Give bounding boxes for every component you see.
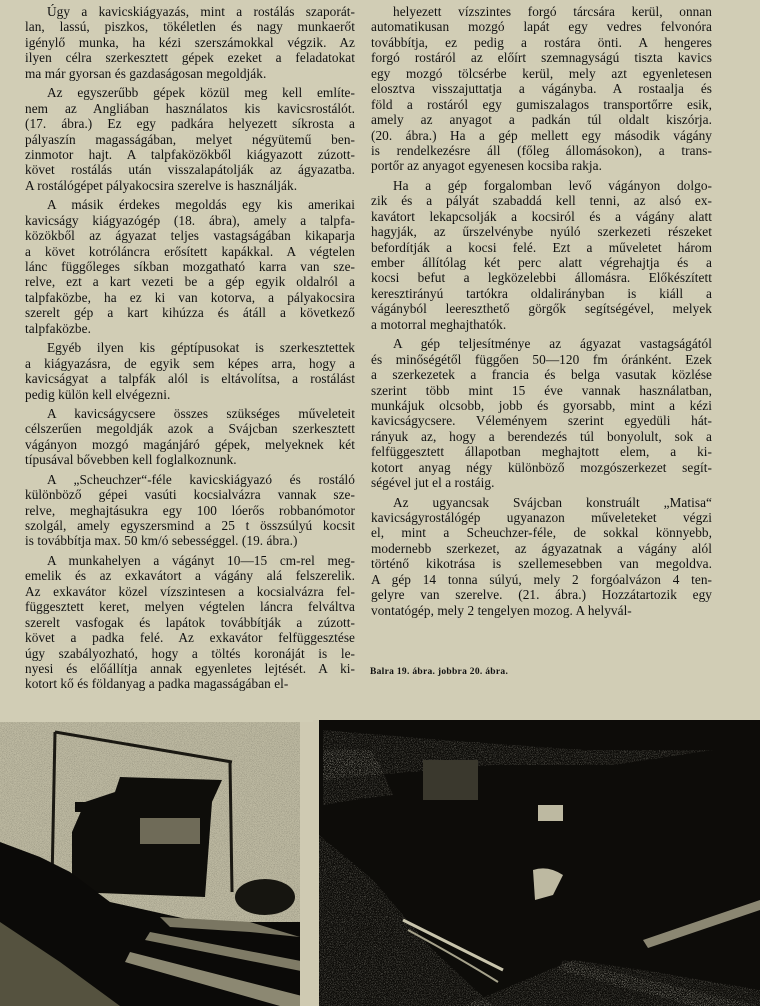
text-line: A kavicságycsere összes szükséges művele…	[25, 406, 355, 421]
text-line: szerint több mint 15 éve vannak használa…	[371, 383, 712, 398]
text-line: pályaszín magasságában, melyet négyütemű…	[25, 132, 355, 147]
text-line: nem az Angliában használatos kis kavicsr…	[25, 101, 355, 116]
text-line: nyesi és előállítja annak egyenletes lej…	[25, 661, 355, 676]
text-line: amely az anyagot a padkán túl oldalt kis…	[371, 112, 712, 127]
text-line: kavicságy kiágyazógép (18. ábra), amely …	[25, 213, 355, 228]
text-line: Ha a gép forgalomban levő vágányon dolgo…	[371, 178, 712, 193]
text-line: követ rostálás után visszalapátolják az …	[25, 162, 355, 177]
figure-20-photo	[313, 720, 760, 1006]
text-line: is továbbítja max. 50 km/ó sebességgel. …	[25, 533, 355, 548]
text-line: követ a padka felé. Az exkavátor felfügg…	[25, 630, 355, 645]
text-line: talpfaközbe.	[25, 321, 355, 336]
paragraph: Egyéb ilyen kis géptípusokat is szerkesz…	[25, 340, 355, 402]
text-line: automatikusan mozgó lapát egy vedres fel…	[371, 19, 712, 34]
paragraph: Ha a gép forgalomban levő vágányon dolgo…	[371, 178, 712, 332]
text-line: ember állítólag két perc alatt végrehajt…	[371, 255, 712, 270]
text-line: ségével jut el a rostáig.	[371, 475, 712, 490]
text-line: relve, ezt a kart vezeti be a gép egyik …	[25, 274, 355, 289]
text-line: történő kikotrása is szellemesebben van …	[371, 556, 712, 571]
paragraph: A „Scheuchzer“-féle kavicskiágyazó és ro…	[25, 472, 355, 549]
text-line: A gép teljesítménye az ágyazat vastagság…	[371, 336, 712, 351]
text-line: relve, meghajtásukra egy 100 lóerős robb…	[25, 503, 355, 518]
text-line: is rendelkezésre áll (főleg állomásokon)…	[371, 143, 712, 158]
text-line: a kiágyazásra, de egyik sem képes arra, …	[25, 356, 355, 371]
text-line: rányuk az, hogy a berendezés túl bonyolu…	[371, 429, 712, 444]
text-line: kotort kő és földanyag a padka magasságá…	[25, 676, 355, 691]
text-line: (17. ábra.) Ez egy padkára helyezett sík…	[25, 116, 355, 131]
text-line: célszerűen megoldják azok a Svájcban sze…	[25, 421, 355, 436]
text-line: vágányból leereszthető görgők segítségév…	[371, 301, 712, 316]
figure-caption: Balra 19. ábra. jobbra 20. ábra.	[370, 667, 508, 677]
text-line: kavicságyrostálógép ugyanazon műveleteke…	[371, 510, 712, 525]
text-line: különböző gépei vasúti kocsialvázra vann…	[25, 487, 355, 502]
text-line: felfüggesztett állapotban meghajtott ele…	[371, 444, 712, 459]
text-line: vágányon mozgó magánjáró gépek, melyekne…	[25, 437, 355, 452]
text-line: úgy szabályozható, hogy a töltés koronáj…	[25, 646, 355, 661]
text-line: portőr az anyagot egyenesen kocsiba rakj…	[371, 158, 712, 173]
text-line: Az ugyancsak Svájcban konstruált „Matisa…	[371, 495, 712, 510]
text-line: ma már gyorsan és gazdaságosan megoldják…	[25, 66, 355, 81]
text-line: A munkahelyen a vágányt 10—15 cm-rel meg…	[25, 553, 355, 568]
text-line: A másik érdekes megoldás egy kis amerika…	[25, 197, 355, 212]
text-line: vontatógép, mely 2 tengelyen mozog. A he…	[371, 603, 712, 618]
text-line: kavicságycsere. Véleményem szerint egyed…	[371, 413, 712, 428]
text-line: zinmotor hajt. A talpfaközökből kiágyazo…	[25, 147, 355, 162]
text-line: Egyéb ilyen kis géptípusokat is szerkesz…	[25, 340, 355, 355]
text-line: helyezett vízszintes forgó tárcsára kerü…	[371, 4, 712, 19]
text-line: forgó rostáról az előírt szemnagyságú ti…	[371, 50, 712, 65]
text-line: kavicságyat a talpfák alól is eltávolíts…	[25, 371, 355, 386]
paragraph: Az ugyancsak Svájcban konstruált „Matisa…	[371, 495, 712, 619]
text-line: munkájuk olcsobb, jobb és gyorsabb, mint…	[371, 398, 712, 413]
figure-separator	[306, 722, 313, 1006]
text-line: típusával bővebben kell foglalkoznunk.	[25, 452, 355, 467]
text-line: lánc függőleges síkban mozgatható karra …	[25, 259, 355, 274]
text-line: kavátort lekapcsolják a kocsiról és a vá…	[371, 209, 712, 224]
text-line: A „Scheuchzer“-féle kavicskiágyazó és ro…	[25, 472, 355, 487]
paragraph: Az egyszerűbb gépek közül meg kell említ…	[25, 85, 355, 193]
text-line: Az egyszerűbb gépek közül meg kell említ…	[25, 85, 355, 100]
text-line: függesztett keret, melyen végtelen láncr…	[25, 599, 355, 614]
text-line: (20. ábra.) Ha a gép mellett egy második…	[371, 128, 712, 143]
text-line: emelik és az exkavátort a vágány alá fel…	[25, 568, 355, 583]
text-line: továbbítja, ez pedig a rostára önti. A h…	[371, 35, 712, 50]
text-line: modernebb szerkezet, az ágyazatnak a vág…	[371, 541, 712, 556]
text-line: szerelt gép a kart kihúzza és átáll a kö…	[25, 305, 355, 320]
text-line: keresztirányú tartókra oldalirányban is …	[371, 286, 712, 301]
railway-screening-machine-image	[0, 722, 306, 1006]
text-line: a szerkezetek a francia és belga vasutak…	[371, 367, 712, 382]
text-line: A gép 14 tonna súlyú, mely 2 forgóalvázo…	[371, 572, 712, 587]
left-text-column: Úgy a kavicskiágyazás, mint a rostálás s…	[25, 4, 355, 692]
text-line: közökből az ágyazat teljes vastagságában…	[25, 228, 355, 243]
text-line: Az exkavátor közel vízszintesen a kocsia…	[25, 584, 355, 599]
text-line: zik és a pályát szabaddá kell tenni, az …	[371, 193, 712, 208]
text-line: talpfaközbe, ha ez ki van kotorva, a pál…	[25, 290, 355, 305]
text-line: ilyen célra szerkesztett gépek ezeket a …	[25, 50, 355, 65]
paragraph: Úgy a kavicskiágyazás, mint a rostálás s…	[25, 4, 355, 81]
paragraph: A munkahelyen a vágányt 10—15 cm-rel meg…	[25, 553, 355, 692]
text-line: lan, lassú, piszkos, tökéletlen és nagy …	[25, 19, 355, 34]
paragraph: helyezett vízszintes forgó tárcsára kerü…	[371, 4, 712, 174]
text-line: elosztva visszajuttatja a vágányba. A ro…	[371, 81, 712, 96]
figure-19-photo	[0, 722, 306, 1006]
text-line: igénylő munka, ha kézi szerszámokkal vég…	[25, 35, 355, 50]
paragraph: A gép teljesítménye az ágyazat vastagság…	[371, 336, 712, 490]
text-line: szolgál, amely egyszersmind a 25 t összs…	[25, 518, 355, 533]
text-line: A rostálógépet pályakocsira szerelve is …	[25, 178, 355, 193]
text-line: Úgy a kavicskiágyazás, mint a rostálás s…	[25, 4, 355, 19]
text-line: föld a rostáról egy gumiszalagos transpo…	[371, 97, 712, 112]
text-line: a követ kotróláncra erősített kapákkal. …	[25, 244, 355, 259]
text-line: a motorral meghajthatók.	[371, 317, 712, 332]
ballast-excavator-image	[313, 720, 760, 1006]
right-text-column: helyezett vízszintes forgó tárcsára kerü…	[371, 4, 712, 618]
paragraph: A másik érdekes megoldás egy kis amerika…	[25, 197, 355, 336]
text-line: befordítják a kocsi felé. Ezt a művelete…	[371, 240, 712, 255]
text-line: szerelt vasfogak és lapátok továbbítják …	[25, 615, 355, 630]
text-line: el, mint a Scheuchzer-féle, de sokkal kö…	[371, 525, 712, 540]
text-line: gelyre van szerelve. (21. ábra.) Hozzáta…	[371, 587, 712, 602]
text-line: és minőségétől függően 50—120 fm óránkén…	[371, 352, 712, 367]
paragraph: A kavicságycsere összes szükséges művele…	[25, 406, 355, 468]
text-line: kocsi befut a legközelebbi állomásra. El…	[371, 270, 712, 285]
text-line: kotort anyag négy különböző mozgószerkez…	[371, 460, 712, 475]
text-line: hagyják, az űrszelvénybe nyúló szerkezet…	[371, 224, 712, 239]
text-line: egy mozgó tölcsérbe kerül, mely azt egye…	[371, 66, 712, 81]
text-line: pedig külön kell elvégezni.	[25, 387, 355, 402]
